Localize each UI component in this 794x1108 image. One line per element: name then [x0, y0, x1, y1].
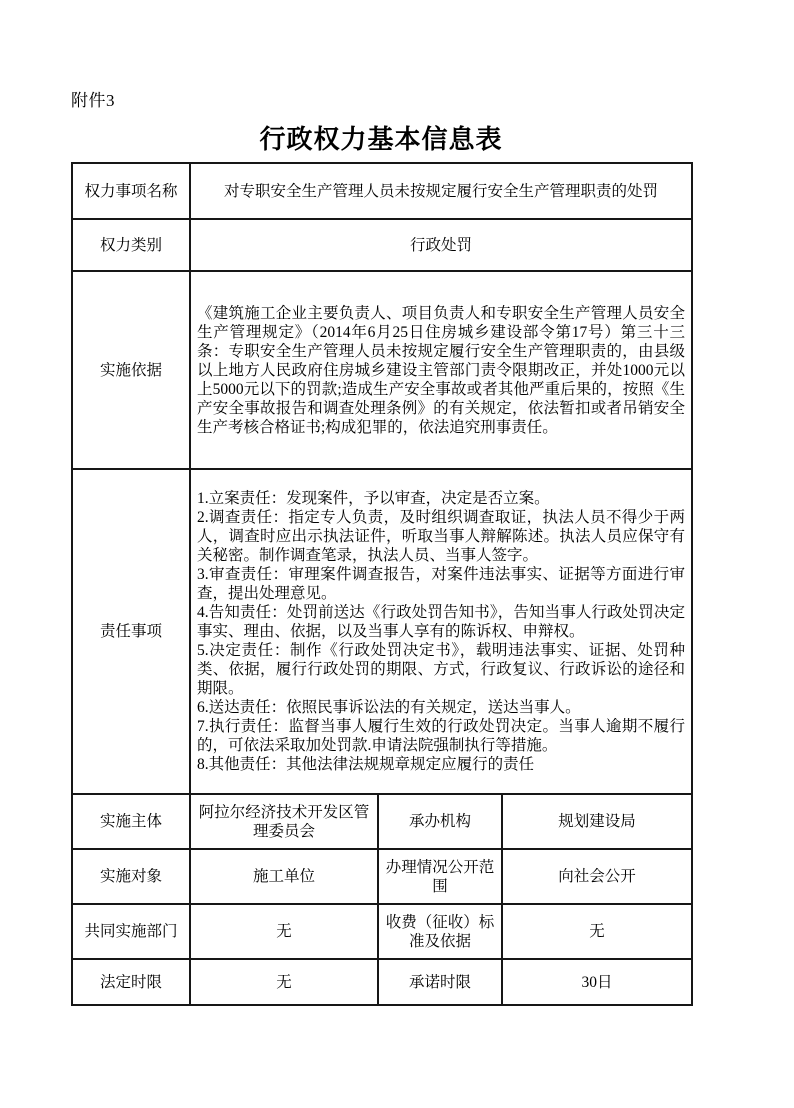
table-row-implementation-subject: 实施主体 阿拉尔经济技术开发区管理委员会 承办机构 规划建设局 — [72, 794, 692, 849]
info-table: 权力事项名称 对专职安全生产管理人员未按规定履行安全生产管理职责的处罚 权力类别… — [71, 162, 693, 1006]
table-row-power-item-name: 权力事项名称 对专职安全生产管理人员未按规定履行安全生产管理职责的处罚 — [72, 163, 692, 219]
joint-departments-value: 无 — [190, 904, 378, 959]
implementation-subject-value: 阿拉尔经济技术开发区管理委员会 — [190, 794, 378, 849]
fee-standard-value: 无 — [502, 904, 692, 959]
power-category-value: 行政处罚 — [190, 219, 692, 271]
implementation-subject-label: 实施主体 — [72, 794, 190, 849]
fee-standard-label: 收费（征收）标准及依据 — [378, 904, 502, 959]
responsibility-items-value: 1.立案责任：发现案件，予以审查，决定是否立案。 2.调查责任：指定专人负责，及… — [190, 469, 692, 794]
responsibility-item-6: 6.送达责任：依照民事诉讼法的有关规定，送达当事人。 — [197, 698, 685, 717]
implementation-target-label: 实施对象 — [72, 849, 190, 904]
responsibility-item-5: 5.决定责任：制作《行政处罚决定书》，载明违法事实、证据、处罚种类、依据，履行行… — [197, 641, 685, 698]
table-row-implementation-basis: 实施依据 《建筑施工企业主要负责人、项目负责人和专职安全生产管理人员安全生产管理… — [72, 271, 692, 469]
implementation-target-value: 施工单位 — [190, 849, 378, 904]
document-page: 附件3 行政权力基本信息表 权力事项名称 对专职安全生产管理人员未按规定履行安全… — [0, 0, 794, 1108]
implementation-basis-label: 实施依据 — [72, 271, 190, 469]
power-item-name-value: 对专职安全生产管理人员未按规定履行安全生产管理职责的处罚 — [190, 163, 692, 219]
table-row-power-category: 权力类别 行政处罚 — [72, 219, 692, 271]
responsibility-item-3: 3.审查责任：审理案件调查报告，对案件违法事实、证据等方面进行审查，提出处理意见… — [197, 565, 685, 603]
implementation-basis-value: 《建筑施工企业主要负责人、项目负责人和专职安全生产管理人员安全生产管理规定》（2… — [190, 271, 692, 469]
promised-time-limit-value: 30日 — [502, 959, 692, 1005]
page-title: 行政权力基本信息表 — [71, 119, 691, 156]
responsibility-item-7: 7.执行责任：监督当事人履行生效的行政处罚决定。当事人逾期不履行的，可依法采取加… — [197, 717, 685, 755]
disclosure-scope-label: 办理情况公开范围 — [378, 849, 502, 904]
attachment-label: 附件3 — [71, 86, 115, 111]
statutory-time-limit-label: 法定时限 — [72, 959, 190, 1005]
table-row-implementation-target: 实施对象 施工单位 办理情况公开范围 向社会公开 — [72, 849, 692, 904]
undertaking-agency-label: 承办机构 — [378, 794, 502, 849]
table-row-joint-departments: 共同实施部门 无 收费（征收）标准及依据 无 — [72, 904, 692, 959]
responsibility-item-8: 8.其他责任：其他法律法规规章规定应履行的责任 — [197, 755, 685, 774]
disclosure-scope-value: 向社会公开 — [502, 849, 692, 904]
power-item-name-label: 权力事项名称 — [72, 163, 190, 219]
promised-time-limit-label: 承诺时限 — [378, 959, 502, 1005]
table-row-responsibility-items: 责任事项 1.立案责任：发现案件，予以审查，决定是否立案。 2.调查责任：指定专… — [72, 469, 692, 794]
undertaking-agency-value: 规划建设局 — [502, 794, 692, 849]
responsibility-items-label: 责任事项 — [72, 469, 190, 794]
joint-departments-label: 共同实施部门 — [72, 904, 190, 959]
statutory-time-limit-value: 无 — [190, 959, 378, 1005]
power-category-label: 权力类别 — [72, 219, 190, 271]
table-row-statutory-time-limit: 法定时限 无 承诺时限 30日 — [72, 959, 692, 1005]
responsibility-item-2: 2.调查责任：指定专人负责，及时组织调查取证，执法人员不得少于两人，调查时应出示… — [197, 508, 685, 565]
responsibility-item-1: 1.立案责任：发现案件，予以审查，决定是否立案。 — [197, 489, 685, 508]
responsibility-item-4: 4.告知责任：处罚前送达《行政处罚告知书》，告知当事人行政处罚决定事实、理由、依… — [197, 603, 685, 641]
